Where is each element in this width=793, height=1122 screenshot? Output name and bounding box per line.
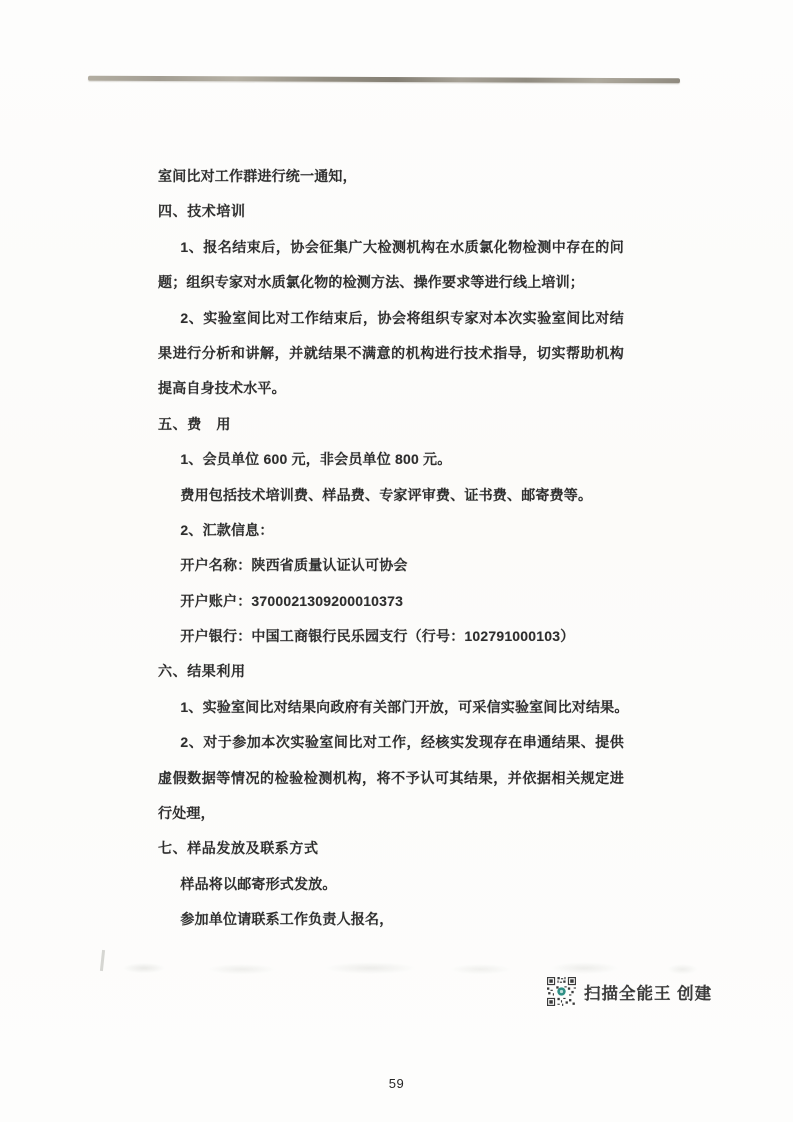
document-line: 四、技术培训 [158,194,624,229]
scan-artifact-smudge [95,956,707,978]
document-line: 2、实验室间比对工作结束后，协会将组织专家对本次实验室间比对结 [158,301,624,336]
qr-code-icon [547,977,576,1006]
document-line: 七、样品发放及联系方式 [158,831,624,866]
document-line: 开户账户：3700021309200010373 [158,584,624,619]
document-line: 1、实验室间比对结果向政府有关部门开放，可采信实验室间比对结果。 [158,690,624,725]
document-line: 2、汇款信息： [158,513,624,548]
camscanner-watermark-label: 扫描全能王 创建 [584,980,712,1004]
document-line: 1、会员单位 600 元，非会员单位 800 元。 [158,442,624,477]
document-line: 室间比对工作群进行统一通知， [158,159,624,194]
document-line: 五、费 用 [158,407,624,442]
document-line: 开户银行：中国工商银行民乐园支行（行号：102791000103） [158,619,624,654]
document-line: 果进行分析和讲解，并就结果不满意的机构进行技术指导，切实帮助机构 [158,336,624,371]
document-line: 开户名称：陕西省质量认证认可协会 [158,548,624,583]
document-line: 费用包括技术培训费、样品费、专家评审费、证书费、邮寄费等。 [158,478,624,513]
page-number: 59 [0,1076,793,1091]
scanned-document-page: 室间比对工作群进行统一通知，四、技术培训1、报名结束后，协会征集广大检测机构在水… [0,0,793,1122]
document-line: 六、结果利用 [158,654,624,689]
document-line: 行处理， [158,796,624,831]
document-line: 2、对于参加本次实验室间比对工作，经核实发现存在串通结果、提供 [158,725,624,760]
camscanner-badge: 扫描全能王 创建 [547,977,712,1006]
document-line: 题；组织专家对水质氯化物的检测方法、操作要求等进行线上培训； [158,265,624,300]
document-line: 样品将以邮寄形式发放。 [158,867,624,902]
document-line: 虚假数据等情况的检验检测机构，将不予认可其结果，并依据相关规定进 [158,761,624,796]
document-line: 提高自身技术水平。 [158,371,624,406]
scan-artifact-line [88,76,680,84]
document-line: 参加单位请联系工作负责人报名， [158,902,624,937]
document-line: 1、报名结束后，协会征集广大检测机构在水质氯化物检测中存在的问 [158,230,624,265]
document-text-block: 室间比对工作群进行统一通知，四、技术培训1、报名结束后，协会征集广大检测机构在水… [158,159,624,938]
